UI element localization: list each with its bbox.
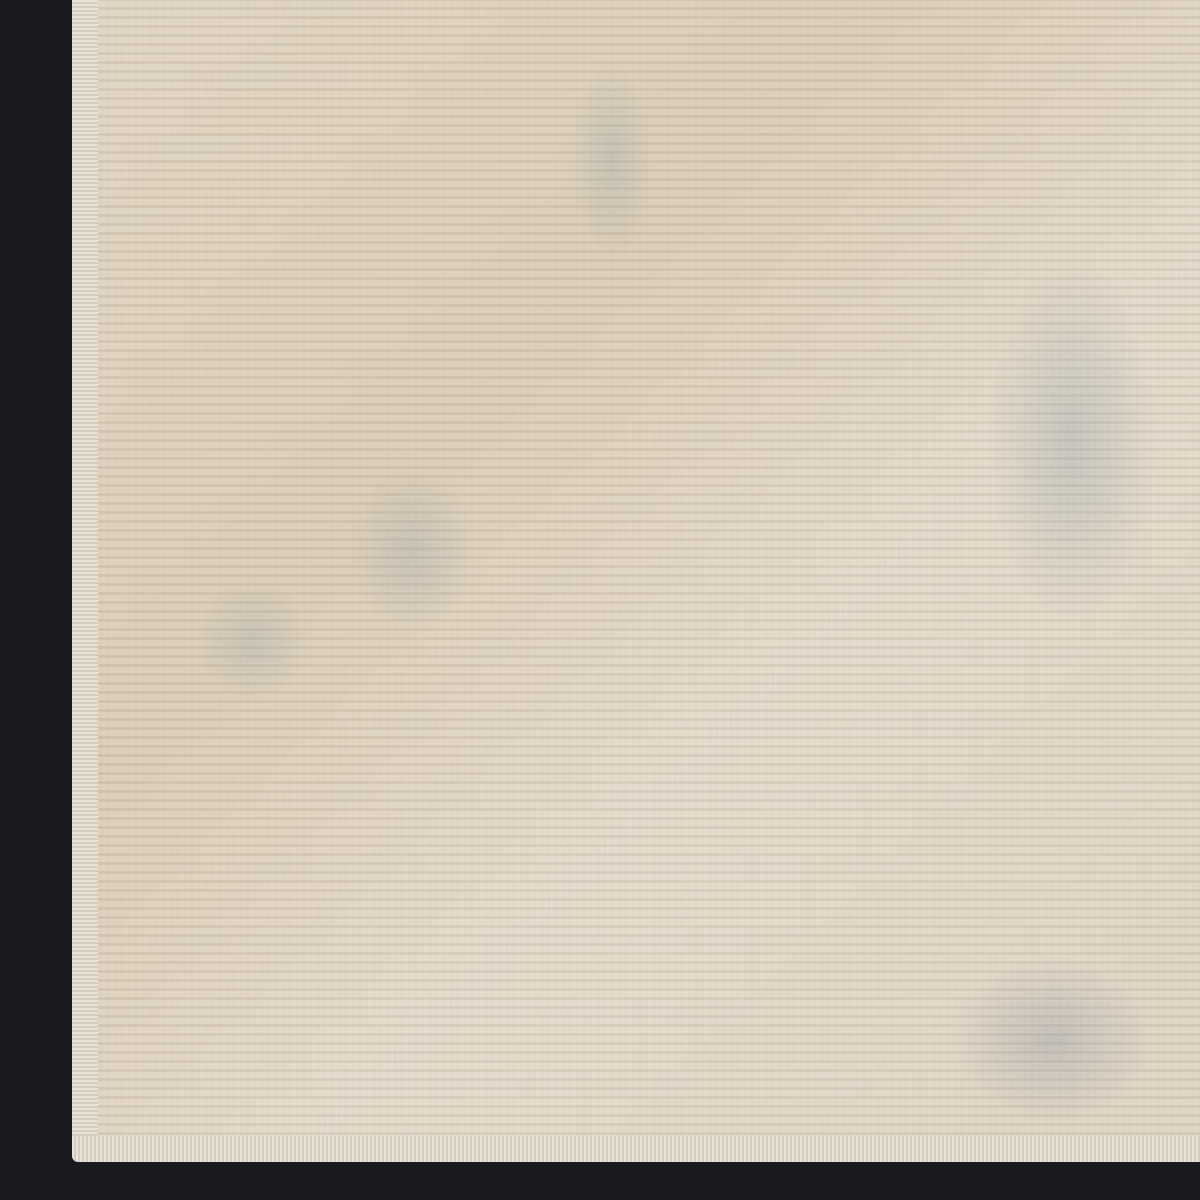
rug-binding-left-edge <box>72 0 98 1162</box>
rug-pile <box>72 0 1200 1162</box>
rug-binding-bottom-edge <box>72 1136 1200 1162</box>
photo <box>0 0 1200 1200</box>
